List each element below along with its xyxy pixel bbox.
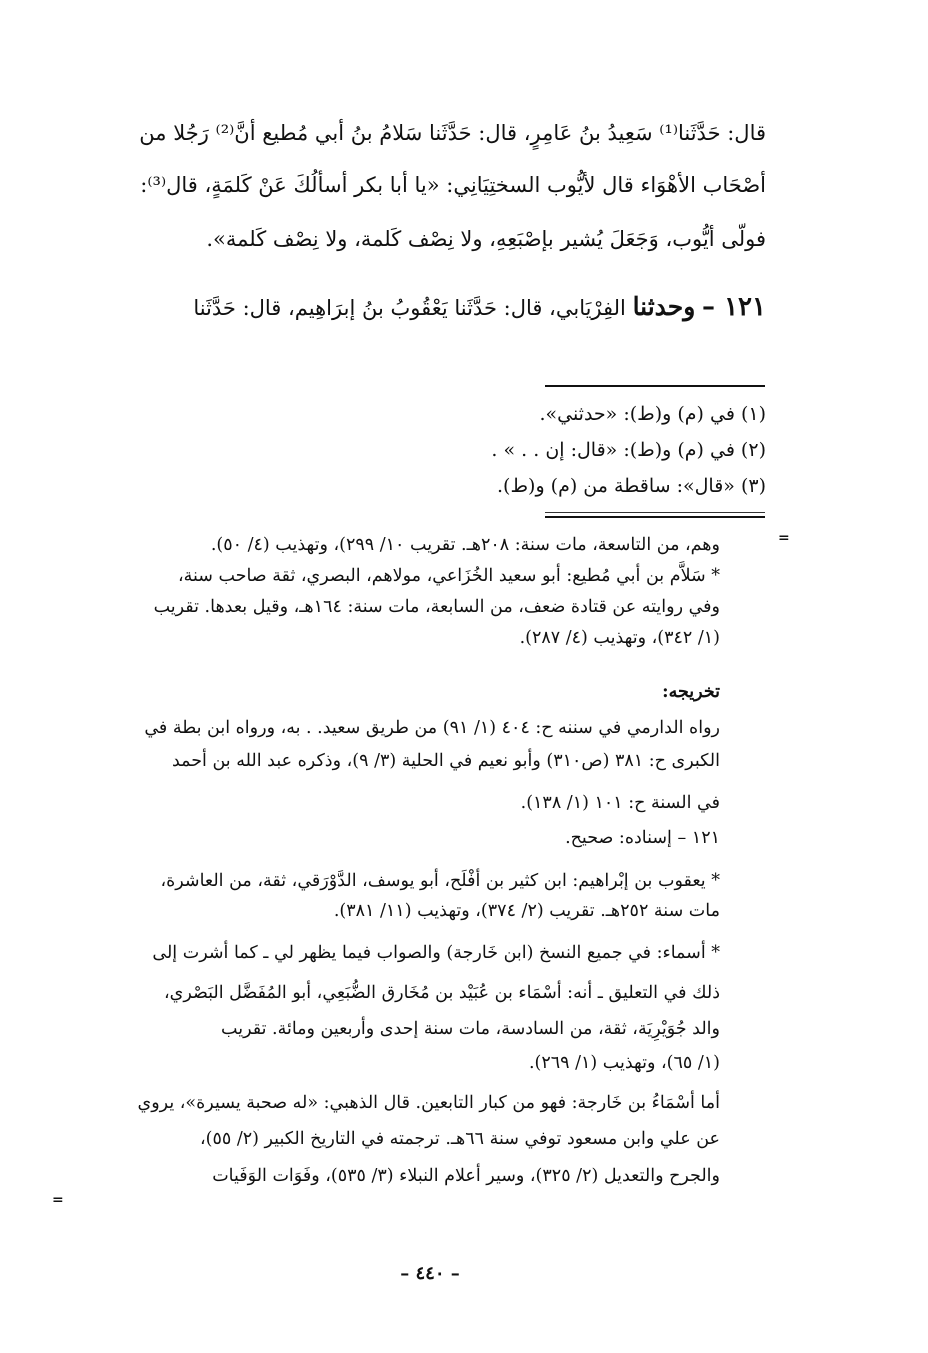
page-number: – ٤٤٠ – [380,1263,480,1284]
asma-line-4: (١/ ٦٥)، وتهذيب (١/ ٢٦٩). [80,1050,720,1077]
footnote-separator [545,385,765,387]
note-continuation-2: * سَلاَّم بن أبي مُطيع: أبو سعيد الخُزَا… [80,563,720,590]
asma-line-2: ذلك في التعليق ـ أنه: أسْمَاء بن عُبَيْد… [80,980,720,1007]
continued-from-marker: = [778,530,790,546]
note-continuation-4: (١/ ٣٤٢)، وتهذيب (٤/ ٢٨٧). [80,625,720,652]
isnad-heading: ١٢١ – إسناده: صحيح. [80,825,720,852]
yaqub-line-1: * يعقوب بن إبْراهيم: ابن كثير بن أفْلَح،… [80,868,720,895]
takhrij-heading: تخريجه: [80,679,720,706]
footnote-1: (١) في (م) و(ط): «حدثني». [440,400,766,428]
asma-line-3: والد جُوَيْرِيَة، ثقة، من السادسة، مات س… [80,1016,720,1043]
main-text-line-2: أصْحَاب الأهْوَاء قال لأيُّوب السختِيَان… [66,170,766,200]
footnote-2: (٢) في (م) و(ط): «قال: إن . . » . [440,436,766,464]
asma-line-1: * أسماء: في جميع النسخ (ابن خَارجة) والص… [80,940,720,967]
hadith-121-line: ١٢١ – وحدثنا الفِرْيَابي، قال: حَدَّثَنا… [66,292,766,323]
book-page: قال: حَدَّثَنا⁽¹⁾ سَعِيدُ بنُ عَامِرٍ، ق… [0,0,928,1353]
main-text-line-1: قال: حَدَّثَنا⁽¹⁾ سَعِيدُ بنُ عَامِرٍ، ق… [66,118,766,148]
note-continuation-3: وفي روايته عن قتادة ضعف، من السابعة، مات… [80,594,720,621]
notes-separator [545,512,765,518]
takhrij-line-3: في السنة ح: ١٠١ (١/ ١٣٨). [80,790,720,817]
hadith-number: ١٢١ – [702,292,766,322]
continued-to-marker: = [52,1192,64,1208]
asma-kharija-line-1: أما أسْمَاءُ بن خَارجة: فهو من كبار التا… [80,1090,720,1117]
yaqub-line-2: مات سنة ٢٥٢هـ. تقريب (٢/ ٣٧٤)، وتهذيب (١… [80,898,720,925]
note-continuation-1: وهم، من التاسعة، مات سنة: ٢٠٨هـ. تقريب ١… [80,532,720,559]
takhrij-line-2: الكبرى ح: ٣٨١ (ص٣١٠) وأبو نعيم في الحلية… [80,748,720,775]
takhrij-line-1: رواه الدارمي في سننه ح: ٤٠٤ (١/ ٩١) من ط… [80,715,720,742]
main-text-line-3: فولّى أيُّوب، وَجَعَلَ يُشير بإصْبَعِهِ،… [66,224,766,254]
asma-kharija-line-2: عن علي وابن مسعود توفي سنة ٦٦هـ. ترجمته … [80,1126,720,1153]
asma-kharija-line-3: والجرح والتعديل (٢/ ٣٢٥)، وسير أعلام الن… [80,1163,720,1190]
hadith-text: الفِرْيَابي، قال: حَدَّثَنا يَعْقُوبُ بن… [193,296,626,320]
hadith-lead-word: وحدثنا [633,292,696,321]
footnote-3: (٣) «قال»: ساقطة من (م) و(ط). [440,472,766,500]
